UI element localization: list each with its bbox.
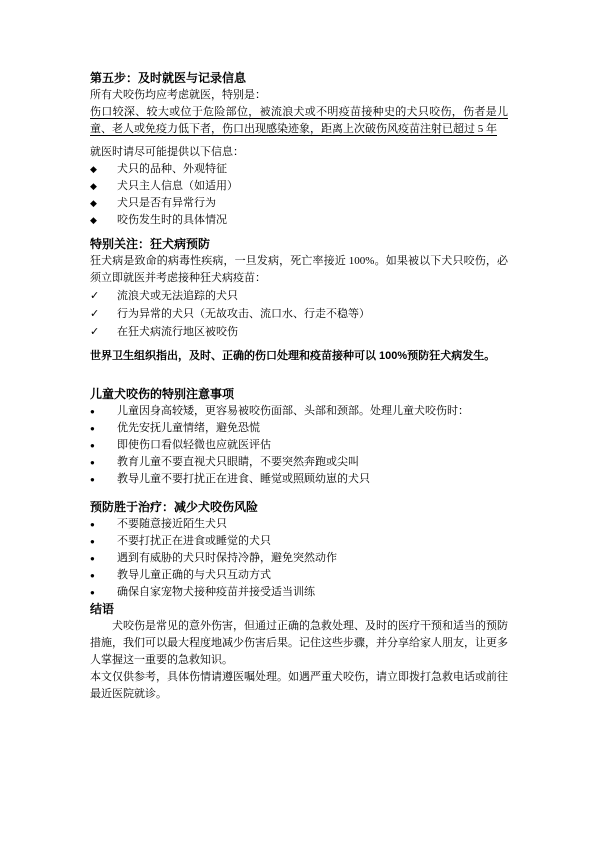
dot-bullet-icon: ● xyxy=(90,454,117,471)
list-item: ● 遇到有威胁的犬只时保持冷静，避免突然动作 xyxy=(90,550,508,567)
risk-conditions-paragraph: 伤口较深、较大或位于危险部位，被流浪犬或不明疫苗接种史的犬只咬伤，伤者是儿童、老… xyxy=(90,104,508,138)
children-list: ● 儿童因身高较矮，更容易被咬伤面部、头部和颈部。处理儿童犬咬伤时： ● 优先安… xyxy=(90,403,508,488)
section-heading-conclusion: 结语 xyxy=(90,601,508,618)
list-item-label: 在狂犬病流行地区被咬伤 xyxy=(117,324,508,341)
list-item: ● 不要打扰正在进食或睡觉的犬只 xyxy=(90,533,508,550)
rabies-list: ✓ 流浪犬或无法追踪的犬只 ✓ 行为异常的犬只（无故攻击、流口水、行走不稳等） … xyxy=(90,287,508,341)
list-item-label: 咬伤发生时的具体情况 xyxy=(117,212,508,229)
list-item-label: 流浪犬或无法追踪的犬只 xyxy=(117,288,508,305)
section-heading-prevention: 预防胜于治疗：减少犬咬伤风险 xyxy=(90,499,508,516)
list-item-label: 犬只主人信息（如适用） xyxy=(117,178,508,195)
list-item-label: 确保自家宠物犬接种疫苗并接受适当训练 xyxy=(117,584,508,601)
dot-bullet-icon: ● xyxy=(90,516,117,533)
list-item: ✓ 在狂犬病流行地区被咬伤 xyxy=(90,323,508,341)
list-item: ● 优先安抚儿童情绪，避免恐慌 xyxy=(90,420,508,437)
dot-bullet-icon: ● xyxy=(90,567,117,584)
conclusion-paragraph-1: 犬咬伤是常见的意外伤害，但通过正确的急救处理、及时的医疗干预和适当的预防措施，我… xyxy=(90,618,508,669)
list-item-label: 即使伤口看似轻微也应就医评估 xyxy=(117,437,508,454)
list-item: ● 教导儿童不要打扰正在进食、睡觉或照顾幼崽的犬只 xyxy=(90,471,508,488)
list-item: ● 教导儿童正确的与犬只互动方式 xyxy=(90,567,508,584)
rabies-intro-paragraph: 狂犬病是致命的病毒性疾病，一旦发病，死亡率接近 100%。如果被以下犬只咬伤，必… xyxy=(90,253,508,287)
list-item: ● 教育儿童不要直视犬只眼睛，不要突然奔跑或尖叫 xyxy=(90,454,508,471)
list-item-label: 教育儿童不要直视犬只眼睛，不要突然奔跑或尖叫 xyxy=(117,454,508,471)
diamond-bullet-icon: ◆ xyxy=(90,212,117,229)
section-heading-children: 儿童犬咬伤的特别注意事项 xyxy=(90,386,508,403)
list-item: ● 确保自家宠物犬接种疫苗并接受适当训练 xyxy=(90,584,508,601)
document-content: 第五步：及时就医与记录信息 所有犬咬伤均应考虑就医，特别是： 伤口较深、较大或位… xyxy=(90,70,508,703)
conclusion-paragraph-2: 本文仅供参考，具体伤情请遵医嘱处理。如遇严重犬咬伤，请立即拨打急救电话或前往最近… xyxy=(90,669,508,703)
step5-intro-paragraph: 所有犬咬伤均应考虑就医，特别是： xyxy=(90,87,508,104)
check-bullet-icon: ✓ xyxy=(90,305,117,322)
list-item-label: 教导儿童不要打扰正在进食、睡觉或照顾幼崽的犬只 xyxy=(117,471,508,488)
diamond-bullet-icon: ◆ xyxy=(90,178,117,195)
list-item: ◆ 犬只主人信息（如适用） xyxy=(90,178,508,195)
prevention-list: ● 不要随意接近陌生犬只 ● 不要打扰正在进食或睡觉的犬只 ● 遇到有威胁的犬只… xyxy=(90,516,508,601)
section-heading-step5: 第五步：及时就医与记录信息 xyxy=(90,70,508,87)
check-bullet-icon: ✓ xyxy=(90,323,117,340)
dot-bullet-icon: ● xyxy=(90,420,117,437)
check-bullet-icon: ✓ xyxy=(90,287,117,304)
list-item-label: 教导儿童正确的与犬只互动方式 xyxy=(117,567,508,584)
dot-bullet-icon: ● xyxy=(90,471,117,488)
dot-bullet-icon: ● xyxy=(90,403,117,420)
diamond-bullet-icon: ◆ xyxy=(90,195,117,212)
list-item: ● 不要随意接近陌生犬只 xyxy=(90,516,508,533)
list-item: ◆ 犬只是否有异常行为 xyxy=(90,195,508,212)
list-item-label: 优先安抚儿童情绪，避免恐慌 xyxy=(117,420,508,437)
info-intro-paragraph: 就医时请尽可能提供以下信息： xyxy=(90,144,508,161)
diamond-bullet-icon: ◆ xyxy=(90,161,117,178)
section-heading-rabies: 特别关注：狂犬病预防 xyxy=(90,236,508,253)
document-page: 第五步：及时就医与记录信息 所有犬咬伤均应考虑就医，特别是： 伤口较深、较大或位… xyxy=(0,0,595,841)
dot-bullet-icon: ● xyxy=(90,437,117,454)
list-item-label: 犬只是否有异常行为 xyxy=(117,195,508,212)
list-item: ✓ 流浪犬或无法追踪的犬只 xyxy=(90,287,508,305)
list-item-label: 不要打扰正在进食或睡觉的犬只 xyxy=(117,533,508,550)
list-item: ● 即使伤口看似轻微也应就医评估 xyxy=(90,437,508,454)
list-item: ◆ 犬只的品种、外观特征 xyxy=(90,161,508,178)
list-item-label: 不要随意接近陌生犬只 xyxy=(117,516,508,533)
list-item: ◆ 咬伤发生时的具体情况 xyxy=(90,212,508,229)
dot-bullet-icon: ● xyxy=(90,533,117,550)
list-item: ● 儿童因身高较矮，更容易被咬伤面部、头部和颈部。处理儿童犬咬伤时： xyxy=(90,403,508,420)
list-item-label: 行为异常的犬只（无故攻击、流口水、行走不稳等） xyxy=(117,306,508,323)
who-note-paragraph: 世界卫生组织指出，及时、正确的伤口处理和疫苗接种可以 100%预防狂犬病发生。 xyxy=(90,348,508,365)
list-item: ✓ 行为异常的犬只（无故攻击、流口水、行走不稳等） xyxy=(90,305,508,323)
list-item-label: 遇到有威胁的犬只时保持冷静，避免突然动作 xyxy=(117,550,508,567)
list-item-label: 儿童因身高较矮，更容易被咬伤面部、头部和颈部。处理儿童犬咬伤时： xyxy=(117,403,508,420)
list-item-label: 犬只的品种、外观特征 xyxy=(117,161,508,178)
dot-bullet-icon: ● xyxy=(90,550,117,567)
info-list: ◆ 犬只的品种、外观特征 ◆ 犬只主人信息（如适用） ◆ 犬只是否有异常行为 ◆… xyxy=(90,161,508,229)
dot-bullet-icon: ● xyxy=(90,584,117,601)
